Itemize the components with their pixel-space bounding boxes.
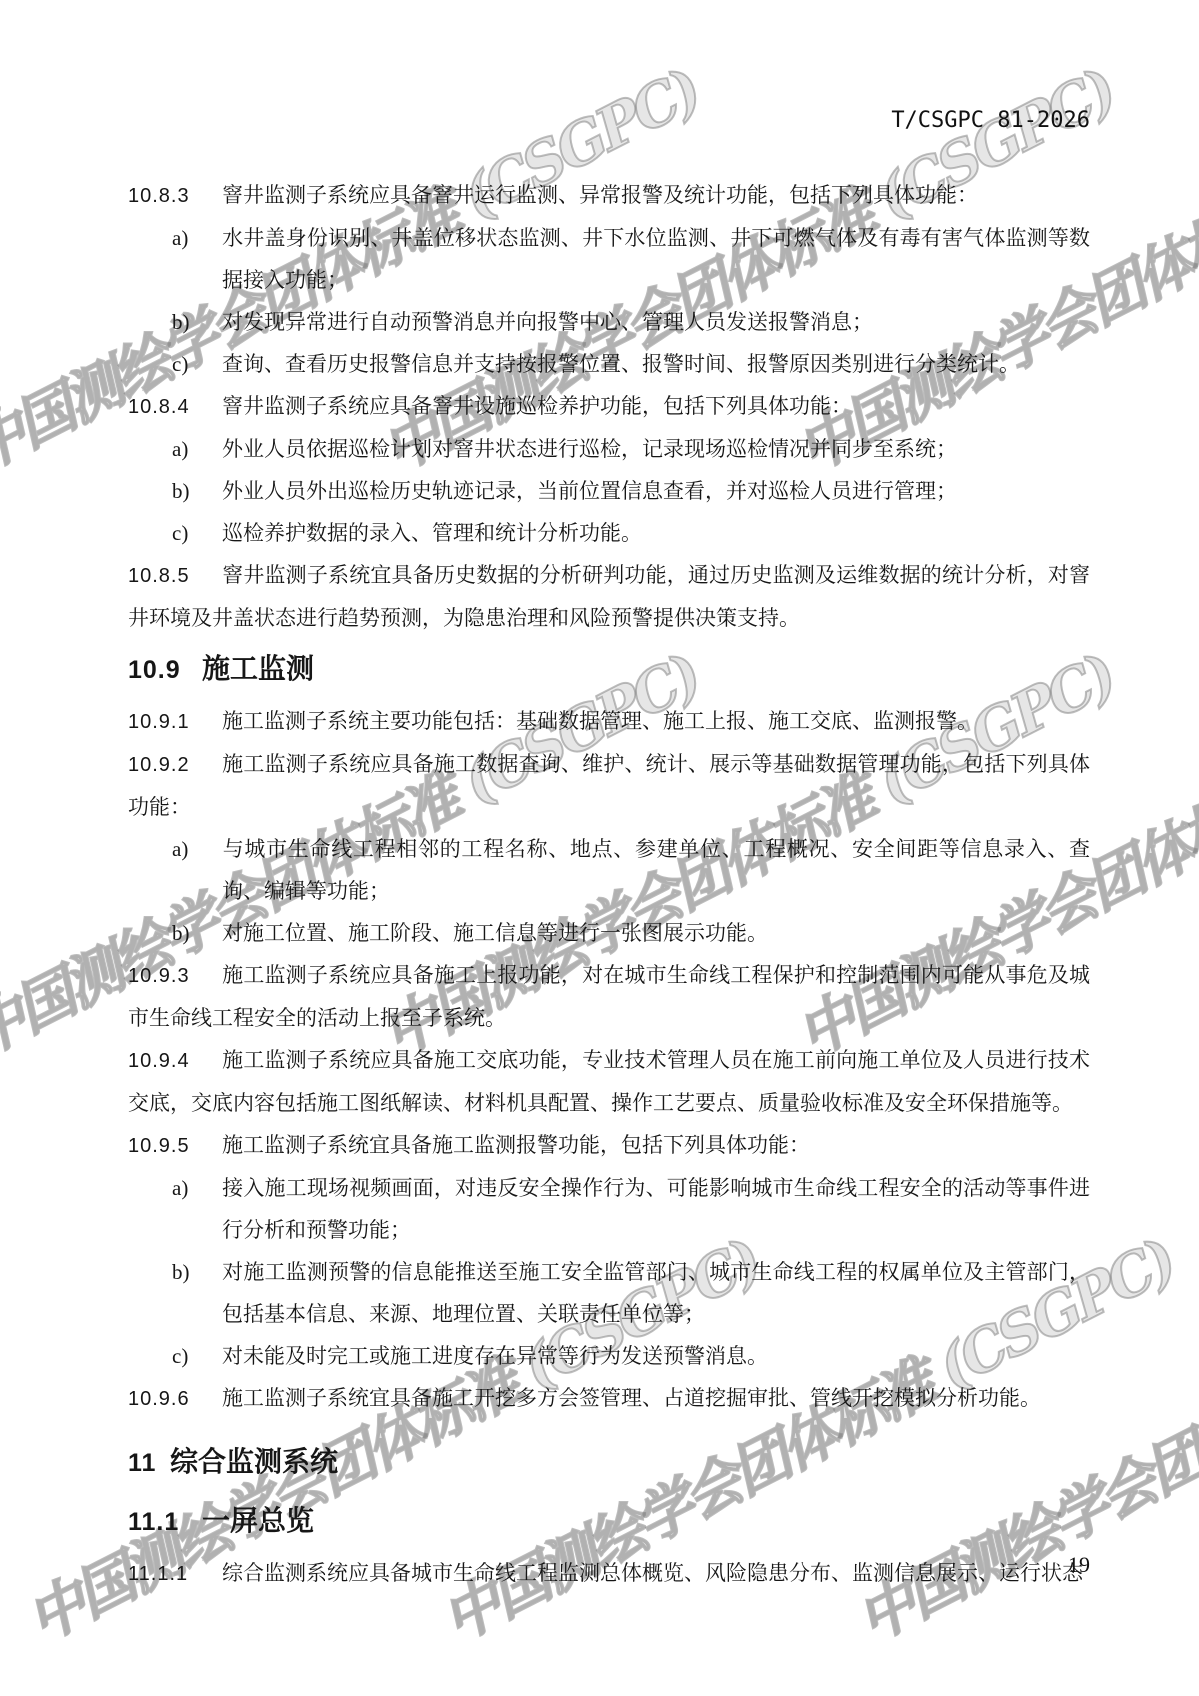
clause-text: 施工监测 <box>202 653 314 684</box>
clause-number: 10.9.4 <box>128 1040 222 1082</box>
clause-10.8.3: 10.8.3窨井监测子系统应具备窨井运行监测、异常报警及统计功能，包括下列具体功… <box>128 174 1090 217</box>
page-number: 19 <box>990 1552 1090 1578</box>
section-heading-11.1: 11.1一屏总览 <box>128 1499 1090 1544</box>
clause-number: 10.9.1 <box>128 701 222 743</box>
list-item-text: 接入施工现场视频画面，对违反安全操作行为、可能影响城市生命线工程安全的活动等事件… <box>222 1176 1090 1242</box>
list-item: b)对施工监测预警的信息能推送至施工安全监管部门、城市生命线工程的权属单位及主管… <box>128 1251 1090 1335</box>
list-item-text: 对未能及时完工或施工进度存在异常等行为发送预警消息。 <box>222 1344 768 1368</box>
clause-11.1.1: 11.1.1综合监测系统应具备城市生命线工程监测总体概览、风险隐患分布、监测信息… <box>128 1552 1090 1595</box>
list-item-label: b) <box>128 912 222 954</box>
list-item-text: 对施工监测预警的信息能推送至施工安全监管部门、城市生命线工程的权属单位及主管部门… <box>222 1260 1090 1326</box>
list-item-label: a) <box>128 428 222 470</box>
clause-text: 施工监测子系统宜具备施工开挖多方会签管理、占道挖掘审批、管线开挖模拟分析功能。 <box>222 1386 1041 1410</box>
clause-number: 10.9.2 <box>128 744 222 786</box>
list-item-text: 水井盖身份识别、井盖位移状态监测、井下水位监测、井下可燃气体及有毒有害气体监测等… <box>222 226 1090 292</box>
document-page: 中国测绘学会团体标准 (CSGPC)中国测绘学会团体标准 (CSGPC)中国测绘… <box>0 0 1199 1696</box>
clause-text: 一屏总览 <box>202 1505 314 1536</box>
list-item: a)水井盖身份识别、井盖位移状态监测、井下水位监测、井下可燃气体及有毒有害气体监… <box>128 217 1090 301</box>
standard-code-header: T/CSGPC 81-2026 <box>128 108 1090 133</box>
chapter-heading-11: 11综合监测系统 <box>128 1440 1090 1485</box>
section-heading-10.9: 10.9施工监测 <box>128 647 1090 692</box>
list-item: b)外业人员外出巡检历史轨迹记录，当前位置信息查看，并对巡检人员进行管理； <box>128 470 1090 512</box>
clause-number: 10.8.3 <box>128 175 222 217</box>
clause-number: 10.8.5 <box>128 555 222 597</box>
list-item-label: a) <box>128 217 222 259</box>
clause-item-list: a)接入施工现场视频画面，对违反安全操作行为、可能影响城市生命线工程安全的活动等… <box>128 1167 1090 1377</box>
clause-10.9.4: 10.9.4施工监测子系统应具备施工交底功能，专业技术管理人员在施工前向施工单位… <box>128 1039 1090 1124</box>
clause-text: 施工监测子系统应具备施工上报功能，对在城市生命线工程保护和控制范围内可能从事危及… <box>128 963 1090 1030</box>
list-item: b)对施工位置、施工阶段、施工信息等进行一张图展示功能。 <box>128 912 1090 954</box>
clause-10.8.4: 10.8.4窨井监测子系统应具备窨井设施巡检养护功能，包括下列具体功能： <box>128 385 1090 428</box>
list-item-label: b) <box>128 301 222 343</box>
list-item-label: a) <box>128 1167 222 1209</box>
clause-text: 施工监测子系统应具备施工交底功能，专业技术管理人员在施工前向施工单位及人员进行技… <box>128 1048 1090 1115</box>
clause-text: 施工监测子系统宜具备施工监测报警功能，包括下列具体功能： <box>222 1133 810 1157</box>
clause-number: 10.9.6 <box>128 1378 222 1420</box>
document-body: 10.8.3窨井监测子系统应具备窨井运行监测、异常报警及统计功能，包括下列具体功… <box>128 174 1090 1595</box>
list-item-label: c) <box>128 1335 222 1377</box>
list-item: a)外业人员依据巡检计划对窨井状态进行巡检，记录现场巡检情况并同步至系统； <box>128 428 1090 470</box>
clause-number: 11.1.1 <box>128 1553 222 1595</box>
clause-10.9.6: 10.9.6施工监测子系统宜具备施工开挖多方会签管理、占道挖掘审批、管线开挖模拟… <box>128 1377 1090 1420</box>
list-item: c)查询、查看历史报警信息并支持按报警位置、报警时间、报警原因类别进行分类统计。 <box>128 343 1090 385</box>
clause-10.8.5: 10.8.5窨井监测子系统宜具备历史数据的分析研判功能，通过历史监测及运维数据的… <box>128 554 1090 639</box>
list-item-text: 查询、查看历史报警信息并支持按报警位置、报警时间、报警原因类别进行分类统计。 <box>222 352 1020 376</box>
list-item-label: c) <box>128 343 222 385</box>
list-item: b)对发现异常进行自动预警消息并向报警中心、管理人员发送报警消息； <box>128 301 1090 343</box>
clause-number: 10.9.5 <box>128 1125 222 1167</box>
list-item: c)对未能及时完工或施工进度存在异常等行为发送预警消息。 <box>128 1335 1090 1377</box>
clause-text: 综合监测系统 <box>170 1446 338 1477</box>
list-item-label: b) <box>128 1251 222 1293</box>
list-item-label: c) <box>128 512 222 554</box>
clause-10.9.2: 10.9.2施工监测子系统应具备施工数据查询、维护、统计、展示等基础数据管理功能… <box>128 743 1090 828</box>
list-item: c)巡检养护数据的录入、管理和统计分析功能。 <box>128 512 1090 554</box>
clause-text: 施工监测子系统应具备施工数据查询、维护、统计、展示等基础数据管理功能，包括下列具… <box>128 752 1090 819</box>
list-item-text: 外业人员外出巡检历史轨迹记录，当前位置信息查看，并对巡检人员进行管理； <box>222 479 957 503</box>
clause-text: 窨井监测子系统应具备窨井设施巡检养护功能，包括下列具体功能： <box>222 394 852 418</box>
list-item-text: 对施工位置、施工阶段、施工信息等进行一张图展示功能。 <box>222 921 768 945</box>
clause-number: 11 <box>128 1441 170 1485</box>
clause-number: 11.1 <box>128 1500 202 1544</box>
list-item-label: b) <box>128 470 222 512</box>
list-item-text: 外业人员依据巡检计划对窨井状态进行巡检，记录现场巡检情况并同步至系统； <box>222 437 957 461</box>
list-item-text: 对发现异常进行自动预警消息并向报警中心、管理人员发送报警消息； <box>222 310 873 334</box>
list-item-text: 与城市生命线工程相邻的工程名称、地点、参建单位、工程概况、安全间距等信息录入、查… <box>222 837 1090 903</box>
clause-item-list: a)外业人员依据巡检计划对窨井状态进行巡检，记录现场巡检情况并同步至系统；b)外… <box>128 428 1090 554</box>
clause-item-list: a)与城市生命线工程相邻的工程名称、地点、参建单位、工程概况、安全间距等信息录入… <box>128 828 1090 954</box>
clause-10.9.1: 10.9.1施工监测子系统主要功能包括：基础数据管理、施工上报、施工交底、监测报… <box>128 700 1090 743</box>
clause-number: 10.9 <box>128 648 202 692</box>
clause-text: 窨井监测子系统应具备窨井运行监测、异常报警及统计功能，包括下列具体功能： <box>222 183 978 207</box>
clause-item-list: a)水井盖身份识别、井盖位移状态监测、井下水位监测、井下可燃气体及有毒有害气体监… <box>128 217 1090 385</box>
text-layer: T/CSGPC 81-2026 10.8.3窨井监测子系统应具备窨井运行监测、异… <box>0 0 1199 1696</box>
clause-text: 综合监测系统应具备城市生命线工程监测总体概览、风险隐患分布、监测信息展示、运行状… <box>222 1561 1083 1585</box>
clause-10.9.5: 10.9.5施工监测子系统宜具备施工监测报警功能，包括下列具体功能： <box>128 1124 1090 1167</box>
clause-number: 10.9.3 <box>128 955 222 997</box>
clause-number: 10.8.4 <box>128 386 222 428</box>
clause-10.9.3: 10.9.3施工监测子系统应具备施工上报功能，对在城市生命线工程保护和控制范围内… <box>128 954 1090 1039</box>
list-item: a)与城市生命线工程相邻的工程名称、地点、参建单位、工程概况、安全间距等信息录入… <box>128 828 1090 912</box>
list-item-label: a) <box>128 828 222 870</box>
clause-text: 施工监测子系统主要功能包括：基础数据管理、施工上报、施工交底、监测报警。 <box>222 709 978 733</box>
clause-text: 窨井监测子系统宜具备历史数据的分析研判功能，通过历史监测及运维数据的统计分析，对… <box>128 563 1090 630</box>
list-item: a)接入施工现场视频画面，对违反安全操作行为、可能影响城市生命线工程安全的活动等… <box>128 1167 1090 1251</box>
list-item-text: 巡检养护数据的录入、管理和统计分析功能。 <box>222 521 642 545</box>
